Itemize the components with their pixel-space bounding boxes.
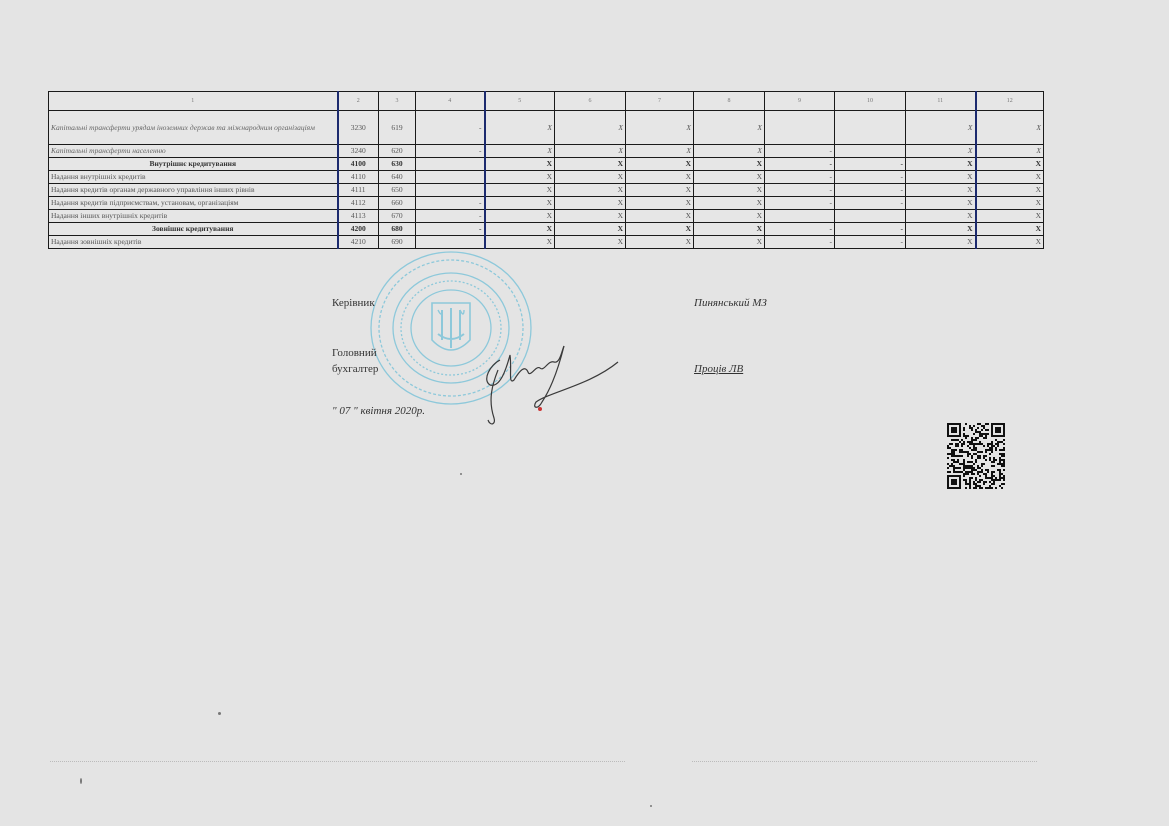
value-cell: X — [485, 145, 555, 158]
kekv-code-cell: 4113 — [338, 210, 379, 223]
row-name-cell: Надання кредитів органам державного упра… — [49, 184, 338, 197]
line-code-cell: 660 — [379, 197, 416, 210]
value-cell: X — [906, 111, 976, 145]
value-cell: X — [906, 145, 976, 158]
value-cell: X — [555, 236, 626, 249]
value-cell: X — [485, 223, 555, 236]
header-cell: 3 — [379, 92, 416, 111]
value-cell: X — [626, 158, 694, 171]
value-cell: - — [416, 111, 485, 145]
value-cell: X — [906, 236, 976, 249]
value-cell: X — [626, 184, 694, 197]
value-cell: X — [485, 210, 555, 223]
accountant-label-line2: бухгалтер — [332, 363, 378, 375]
header-cell: 12 — [976, 92, 1044, 111]
value-cell: X — [906, 158, 976, 171]
kekv-code-cell: 4111 — [338, 184, 379, 197]
header-cell: 4 — [416, 92, 485, 111]
value-cell: X — [694, 236, 765, 249]
value-cell: X — [694, 197, 765, 210]
value-cell: - — [416, 197, 485, 210]
row-name-cell: Надання внутрішніх кредитів — [49, 171, 338, 184]
value-cell: X — [626, 145, 694, 158]
value-cell: X — [626, 171, 694, 184]
value-cell: X — [555, 171, 626, 184]
footer-dotted-line — [692, 761, 1037, 762]
line-code-cell: 680 — [379, 223, 416, 236]
value-cell: - — [835, 184, 906, 197]
value-cell: X — [976, 223, 1044, 236]
value-cell: X — [976, 184, 1044, 197]
line-code-cell: 690 — [379, 236, 416, 249]
kekv-code-cell: 4200 — [338, 223, 379, 236]
value-cell: - — [835, 197, 906, 210]
kekv-code-cell: 3240 — [338, 145, 379, 158]
value-cell: X — [976, 111, 1044, 145]
value-cell: - — [416, 223, 485, 236]
document-page: 1 2 3 4 5 6 7 8 9 10 11 12 Капітальні тр… — [0, 0, 1169, 826]
value-cell: X — [555, 111, 626, 145]
value-cell: X — [555, 197, 626, 210]
value-cell: - — [765, 145, 835, 158]
value-cell: X — [626, 210, 694, 223]
line-code-cell: 650 — [379, 184, 416, 197]
row-name-cell: Надання інших внутрішніх кредитів — [49, 210, 338, 223]
value-cell: X — [976, 145, 1044, 158]
table-row: Надання зовнішніх кредитів4210690XXXX--X… — [49, 236, 1044, 249]
table-row: Надання кредитів органам державного упра… — [49, 184, 1044, 197]
header-cell: 9 — [765, 92, 835, 111]
scan-speck — [80, 778, 82, 784]
value-cell: X — [555, 145, 626, 158]
value-cell: - — [835, 171, 906, 184]
qr-code — [947, 423, 1005, 489]
row-name-cell: Капітальні трансферти населенню — [49, 145, 338, 158]
header-cell: 1 — [49, 92, 338, 111]
value-cell — [416, 236, 485, 249]
value-cell — [835, 111, 906, 145]
value-cell: X — [976, 197, 1044, 210]
value-cell: X — [485, 197, 555, 210]
value-cell: X — [485, 171, 555, 184]
value-cell — [416, 184, 485, 197]
table-row: Надання кредитів підприємствам, установа… — [49, 197, 1044, 210]
scan-speck — [460, 473, 462, 475]
value-cell — [765, 210, 835, 223]
budget-report-table: 1 2 3 4 5 6 7 8 9 10 11 12 Капітальні тр… — [48, 91, 1044, 249]
head-label: Керівник — [332, 297, 375, 309]
handwritten-signature — [470, 340, 640, 430]
value-cell: X — [555, 210, 626, 223]
row-name-cell: Внутрішнє кредитування — [49, 158, 338, 171]
value-cell: X — [485, 111, 555, 145]
value-cell — [835, 145, 906, 158]
row-name-cell: Надання зовнішніх кредитів — [49, 236, 338, 249]
table-row: Капітальні трансферти населенню3240620-X… — [49, 145, 1044, 158]
kekv-code-cell: 3230 — [338, 111, 379, 145]
value-cell: X — [976, 158, 1044, 171]
value-cell: - — [765, 236, 835, 249]
accountant-label-line1: Головний — [332, 347, 377, 359]
table-row: Надання внутрішніх кредитів4110640XXXX--… — [49, 171, 1044, 184]
value-cell: X — [906, 210, 976, 223]
value-cell: - — [835, 223, 906, 236]
value-cell: - — [765, 197, 835, 210]
header-cell: 5 — [485, 92, 555, 111]
header-cell: 2 — [338, 92, 379, 111]
header-cell: 11 — [906, 92, 976, 111]
line-code-cell: 630 — [379, 158, 416, 171]
row-name-cell: Капітальні трансферти урядам іноземних д… — [49, 111, 338, 145]
kekv-code-cell: 4110 — [338, 171, 379, 184]
table-row: Капітальні трансферти урядам іноземних д… — [49, 111, 1044, 145]
scan-speck — [218, 712, 221, 715]
value-cell: X — [906, 171, 976, 184]
value-cell: X — [626, 223, 694, 236]
value-cell: X — [555, 158, 626, 171]
line-code-cell: 670 — [379, 210, 416, 223]
accountant-name: Проців ЛВ — [694, 363, 743, 375]
value-cell: - — [835, 236, 906, 249]
footer-dotted-line — [50, 761, 625, 762]
value-cell: X — [694, 158, 765, 171]
value-cell: X — [626, 236, 694, 249]
value-cell: X — [626, 111, 694, 145]
value-cell: X — [976, 171, 1044, 184]
table-row: Надання інших внутрішніх кредитів4113670… — [49, 210, 1044, 223]
kekv-code-cell: 4112 — [338, 197, 379, 210]
row-name-cell: Надання кредитів підприємствам, установа… — [49, 197, 338, 210]
table-row: Зовнішнє кредитування4200680-XXXX--XX — [49, 223, 1044, 236]
value-cell: X — [555, 223, 626, 236]
table-header-row: 1 2 3 4 5 6 7 8 9 10 11 12 — [49, 92, 1044, 111]
value-cell: X — [694, 210, 765, 223]
line-code-cell: 640 — [379, 171, 416, 184]
value-cell: X — [906, 184, 976, 197]
header-cell: 8 — [694, 92, 765, 111]
table-row: Внутрішнє кредитування4100630XXXX--XX — [49, 158, 1044, 171]
value-cell: X — [626, 197, 694, 210]
value-cell: X — [906, 197, 976, 210]
head-name: Пинянський МЗ — [694, 297, 767, 309]
value-cell: X — [694, 171, 765, 184]
value-cell: X — [906, 223, 976, 236]
value-cell: X — [485, 236, 555, 249]
value-cell: X — [694, 145, 765, 158]
value-cell: - — [416, 210, 485, 223]
value-cell — [416, 171, 485, 184]
value-cell: X — [694, 184, 765, 197]
value-cell — [765, 111, 835, 145]
kekv-code-cell: 4100 — [338, 158, 379, 171]
value-cell: - — [765, 171, 835, 184]
header-cell: 10 — [835, 92, 906, 111]
header-cell: 7 — [626, 92, 694, 111]
value-cell — [835, 210, 906, 223]
row-name-cell: Зовнішнє кредитування — [49, 223, 338, 236]
value-cell: X — [485, 158, 555, 171]
value-cell: X — [485, 184, 555, 197]
value-cell — [416, 158, 485, 171]
kekv-code-cell: 4210 — [338, 236, 379, 249]
value-cell: - — [765, 184, 835, 197]
header-cell: 6 — [555, 92, 626, 111]
value-cell: X — [976, 210, 1044, 223]
value-cell: X — [694, 223, 765, 236]
value-cell: - — [835, 158, 906, 171]
value-cell: X — [976, 236, 1044, 249]
scan-speck — [650, 805, 652, 807]
value-cell: - — [416, 145, 485, 158]
value-cell: - — [765, 223, 835, 236]
value-cell: - — [765, 158, 835, 171]
line-code-cell: 620 — [379, 145, 416, 158]
value-cell: X — [555, 184, 626, 197]
value-cell: X — [694, 111, 765, 145]
signing-date: " 07 " квітня 2020р. — [332, 405, 425, 417]
line-code-cell: 619 — [379, 111, 416, 145]
